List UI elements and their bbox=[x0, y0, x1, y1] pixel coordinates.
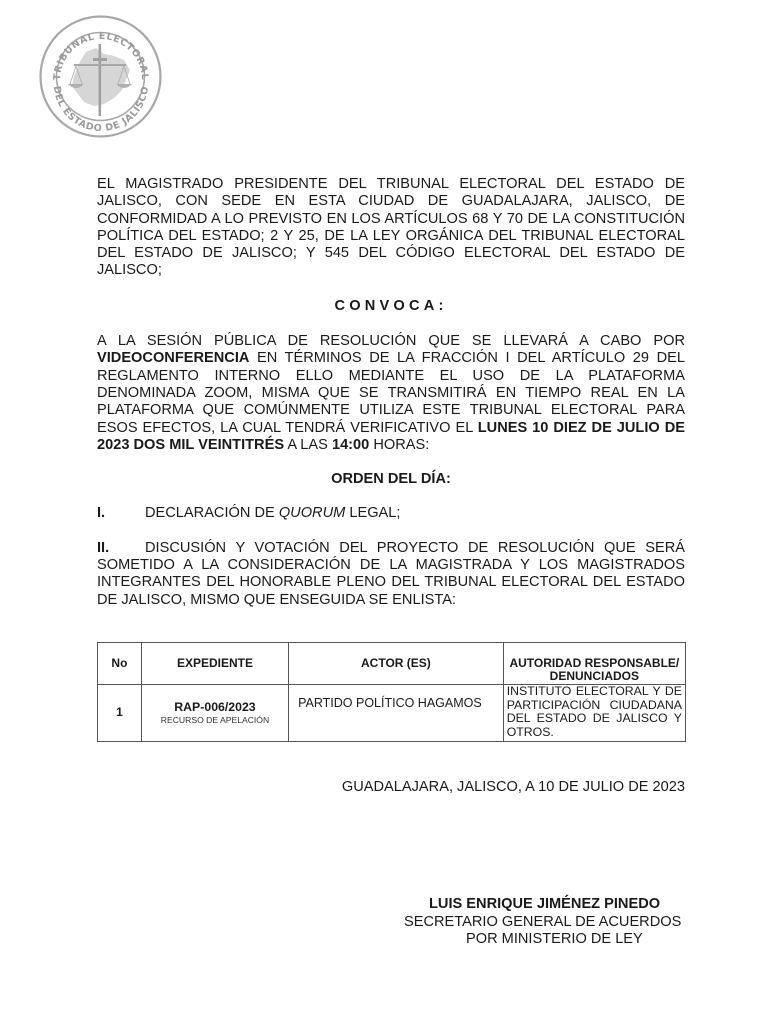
agenda-item-text: DECLARACIÓN DE QUORUM LEGAL; bbox=[145, 505, 400, 522]
quorum-italic: QUORUM bbox=[279, 505, 345, 521]
modality-bold: VIDEOCONFERENCIA bbox=[97, 350, 249, 366]
convoca-heading: CONVOCA: bbox=[97, 298, 685, 315]
agenda-item-text: DISCUSIÓN Y VOTACIÓN DEL PROYECTO DE RES… bbox=[145, 540, 685, 557]
agenda-text: DECLARACIÓN DE bbox=[145, 505, 279, 521]
session-time-bold: 14:00 bbox=[332, 437, 369, 453]
document-body: EL MAGISTRADO PRESIDENTE DEL TRIBUNAL EL… bbox=[97, 176, 685, 742]
table-row: 1 RAP-006/2023 RECURSO DE APELACIÓN PART… bbox=[98, 684, 686, 741]
table-header-row: No EXPEDIENTE ACTOR (ES) AUTORIDAD RESPO… bbox=[98, 642, 686, 684]
cell-actor: PARTIDO POLÍTICO HAGAMOS bbox=[289, 684, 504, 741]
column-header-actor: ACTOR (ES) bbox=[289, 642, 504, 684]
signature-block: LUIS ENRIQUE JIMÉNEZ PINEDO SECRETARIO G… bbox=[395, 896, 695, 949]
column-header-autoridad: AUTORIDAD RESPONSABLE/ DENUNCIADOS bbox=[503, 642, 685, 684]
signatory-title: SECRETARIO GENERAL DE ACUERDOS bbox=[395, 914, 695, 932]
signatory-name: LUIS ENRIQUE JIMÉNEZ PINEDO bbox=[395, 896, 695, 914]
cell-expediente: RAP-006/2023 RECURSO DE APELACIÓN bbox=[141, 684, 288, 741]
agenda-heading: ORDEN DEL DÍA: bbox=[97, 471, 685, 488]
convocation-paragraph: A LA SESIÓN PÚBLICA DE RESOLUCIÓN QUE SE… bbox=[97, 333, 685, 454]
convocation-text: A LA SESIÓN PÚBLICA DE RESOLUCIÓN QUE SE… bbox=[97, 333, 685, 349]
convocation-text: A LAS bbox=[284, 437, 332, 453]
case-list-table: No EXPEDIENTE ACTOR (ES) AUTORIDAD RESPO… bbox=[97, 642, 686, 742]
actor-name: PARTIDO POLÍTICO HAGAMOS bbox=[298, 696, 482, 710]
case-type: RECURSO DE APELACIÓN bbox=[143, 715, 287, 725]
agenda-item-1: I. DECLARACIÓN DE QUORUM LEGAL; bbox=[97, 505, 685, 522]
signatory-subtitle: POR MINISTERIO DE LEY bbox=[395, 931, 695, 949]
cell-autoridad: INSTITUTO ELECTORAL Y DE PARTICIPACIÓN C… bbox=[503, 684, 685, 741]
convocation-text: HORAS: bbox=[369, 437, 429, 453]
agenda-text: LEGAL; bbox=[345, 505, 400, 521]
tribunal-seal-logo: TRIBUNAL ELECTORAL DEL ESTADO DE JALISCO bbox=[38, 14, 163, 139]
agenda-item-2: II. DISCUSIÓN Y VOTACIÓN DEL PROYECTO DE… bbox=[97, 540, 685, 609]
place-and-date: GUADALAJARA, JALISCO, A 10 DE JULIO DE 2… bbox=[342, 779, 685, 795]
cell-no: 1 bbox=[98, 684, 142, 741]
agenda-item-2-first-line: II. DISCUSIÓN Y VOTACIÓN DEL PROYECTO DE… bbox=[97, 540, 685, 557]
agenda-item-text-continued: SOMETIDO A LA CONSIDERACIÓN DE LA MAGIST… bbox=[97, 557, 685, 609]
case-number: RAP-006/2023 bbox=[143, 701, 287, 715]
preamble-paragraph: EL MAGISTRADO PRESIDENTE DEL TRIBUNAL EL… bbox=[97, 176, 685, 280]
agenda-item-number: II. bbox=[97, 540, 145, 557]
column-header-expediente: EXPEDIENTE bbox=[141, 642, 288, 684]
column-header-no: No bbox=[98, 642, 142, 684]
agenda-item-number: I. bbox=[97, 505, 145, 522]
